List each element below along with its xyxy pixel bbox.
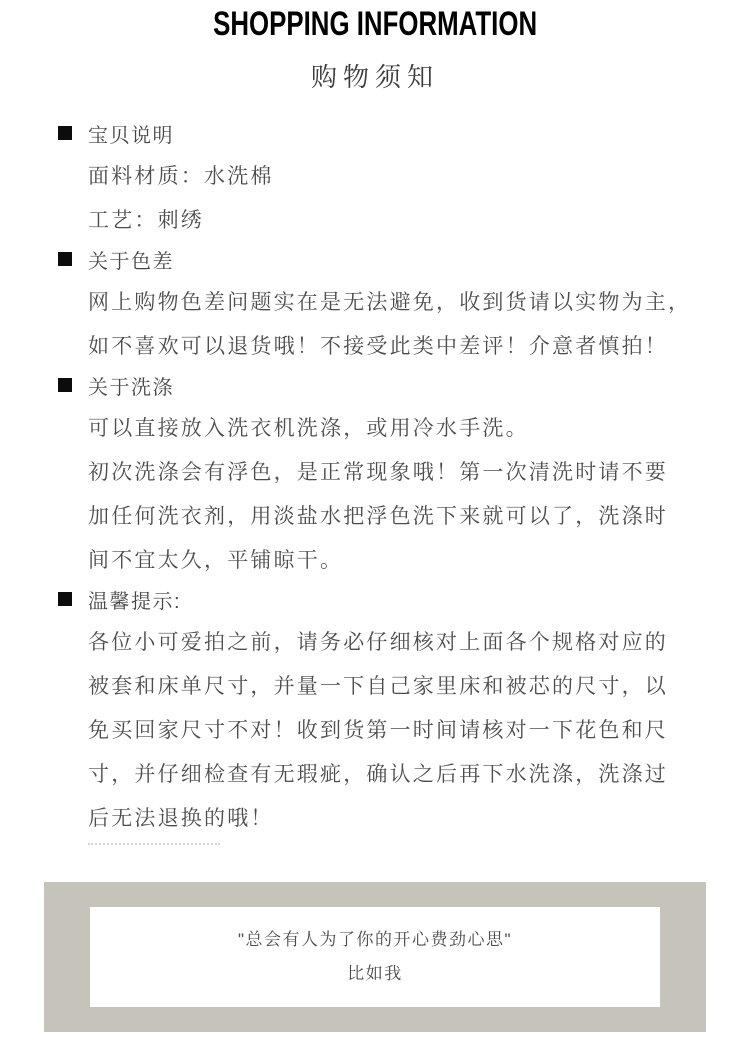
section-heading-row: 宝贝说明 [58,111,710,155]
footer-banner: "总会有人为了你的开心费劲心思" 比如我 [44,882,706,1032]
section-text-line: 面料材质：水洗棉 [88,155,710,199]
section-text-line: 被套和床单尺寸，并量一下自己家里床和被芯的尺寸，以 [88,665,710,709]
section-text-line: 加任何洗衣剂，用淡盐水把浮色洗下来就可以了，洗涤时 [88,495,710,539]
section-heading-row: 温馨提示: [58,577,710,621]
section-text-line: 后无法退换的哦！ [88,797,710,841]
quote-card: "总会有人为了你的开心费劲心思" 比如我 [90,907,660,1007]
section-text-line: 免买回家尺寸不对！收到货第一时间请核对一下花色和尺 [88,709,710,753]
section-product-description: 宝贝说明 面料材质：水洗棉 工艺：刺绣 [58,111,710,243]
section-heading: 温馨提示: [88,585,181,614]
section-text-line: 网上购物色差问题实在是无法避免，收到货请以实物为主， [88,281,710,325]
square-bullet-icon [58,378,72,392]
section-color-difference: 关于色差 网上购物色差问题实在是无法避免，收到货请以实物为主， 如不喜欢可以退货… [58,237,710,369]
section-heading: 关于洗涤 [88,371,174,400]
cropped-text-remnant [88,843,220,853]
section-text-line: 如不喜欢可以退货哦！不接受此类中差评！介意者慎拍！ [88,325,710,369]
page-title-en-text: SHOPPING INFORMATION [213,6,537,42]
section-heading-row: 关于洗涤 [58,363,710,407]
square-bullet-icon [58,592,72,606]
quote-subtext: 比如我 [347,957,403,991]
section-text-line: 寸，并仔细检查有无瑕疵，确认之后再下水洗涤，洗涤过 [88,753,710,797]
square-bullet-icon [58,252,72,266]
section-washing: 关于洗涤 可以直接放入洗衣机洗涤，或用冷水手洗。 初次洗涤会有浮色，是正常现象哦… [58,363,710,583]
quote-text: "总会有人为了你的开心费劲心思" [238,923,512,957]
section-heading-row: 关于色差 [58,237,710,281]
square-bullet-icon [58,126,72,140]
section-warm-tips: 温馨提示: 各位小可爱拍之前，请务必仔细核对上面各个规格对应的 被套和床单尺寸，… [58,577,710,841]
page-title-en: SHOPPING INFORMATION [0,6,750,42]
section-heading: 宝贝说明 [88,119,174,148]
page-title-zh: 购物须知 [0,62,750,92]
section-text-line: 可以直接放入洗衣机洗涤，或用冷水手洗。 [88,407,710,451]
section-text-line: 各位小可爱拍之前，请务必仔细核对上面各个规格对应的 [88,621,710,665]
shopping-info-content: 宝贝说明 面料材质：水洗棉 工艺：刺绣 关于色差 网上购物色差问题实在是无法避免… [0,111,750,853]
section-text-line: 初次洗涤会有浮色，是正常现象哦！第一次清洗时请不要 [88,451,710,495]
section-heading: 关于色差 [88,245,174,274]
